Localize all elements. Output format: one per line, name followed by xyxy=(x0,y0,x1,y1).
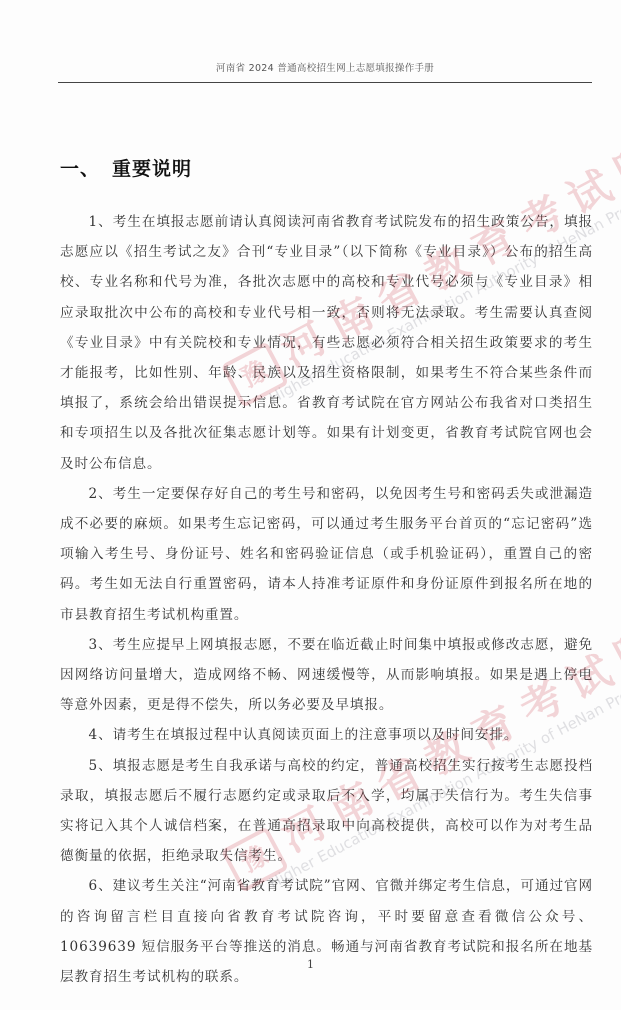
section-heading: 一、重要说明 xyxy=(60,154,192,181)
paragraph-4: 4、请考生在填报过程中认真阅读页面上的注意事项以及时间安排。 xyxy=(60,720,593,750)
paragraph-6: 6、建议考生关注“河南省教育考试院”官网、官微并绑定考生信息，可通过官网的咨询留… xyxy=(60,871,593,992)
body-text: 1、考生在填报志愿前请认真阅读河南省教育考试院发布的招生政策公告，填报志愿应以《… xyxy=(60,207,593,992)
section-number: 一、 xyxy=(60,158,100,180)
paragraph-1: 1、考生在填报志愿前请认真阅读河南省教育考试院发布的招生政策公告，填报志愿应以《… xyxy=(60,207,593,479)
page-number: 1 xyxy=(0,958,621,971)
running-header: 河南省 2024 普通高校招生网上志愿填报操作手册 xyxy=(58,60,592,74)
paragraph-2: 2、考生一定要保存好自己的考生号和密码，以免因考生号和密码丢失或泄漏造成不必要的… xyxy=(60,479,593,630)
document-page: 河南省 2024 普通高校招生网上志愿填报操作手册 一、重要说明 1、考生在填报… xyxy=(0,0,621,1010)
paragraph-3: 3、考生应提早上网填报志愿，不要在临近截止时间集中填报或修改志愿，避免因网络访问… xyxy=(60,630,593,721)
section-title: 重要说明 xyxy=(112,158,192,180)
header-rule xyxy=(58,82,592,83)
paragraph-5: 5、填报志愿是考生自我承诺与高校的约定，普通高校招生实行按考生志愿投档录取，填报… xyxy=(60,751,593,872)
